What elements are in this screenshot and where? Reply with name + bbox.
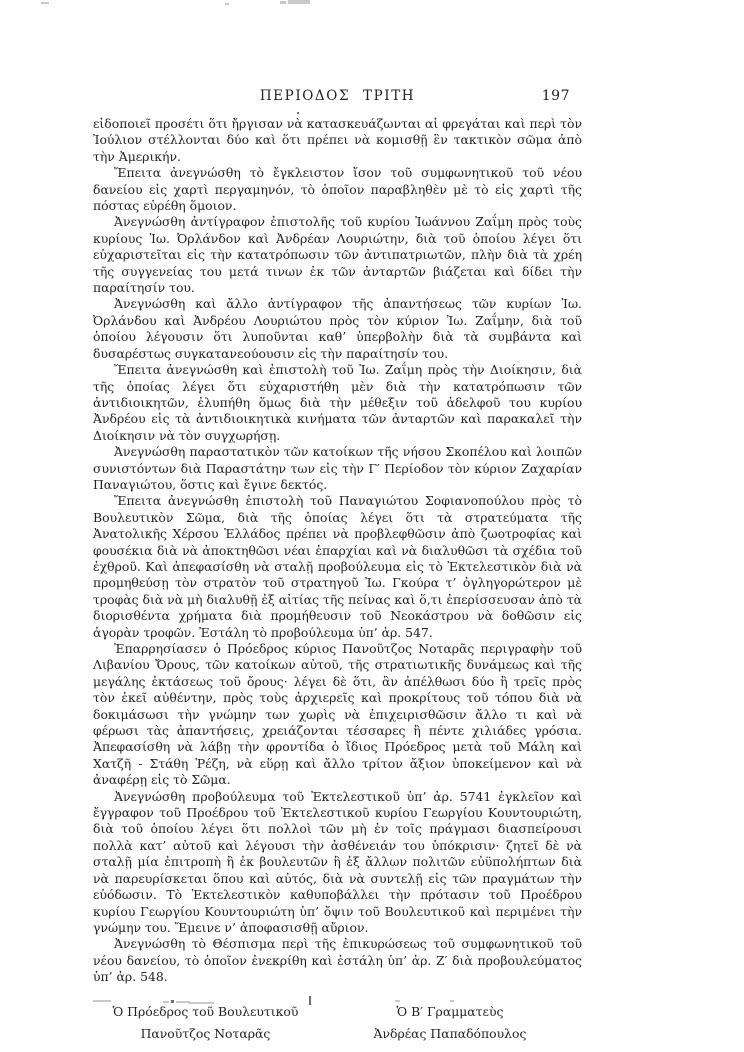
paragraph: Ἀνεγνώσθη προβούλευμα τοῦ Ἐκτελεστικοῦ ὑ… <box>93 789 582 937</box>
page-number: 197 <box>542 88 570 104</box>
scan-artifact <box>297 112 299 114</box>
paragraph: Ἔπειτα ἀνεγνώσθη καὶ ἐπιστολὴ τοῦ Ἰω. Ζα… <box>93 362 582 444</box>
scan-artifact <box>280 1 286 4</box>
scanned-document-page: ΠΕΡΙΟΔΟΣ ΤΡΙΤΗ 197 εἰδοποιεῖ προσέτι ὅτι… <box>0 0 744 1052</box>
signature-block: Ὁ Πρόεδρος τοῦ Βουλευτικοῦ Πανοῦτζος Νοτ… <box>93 1002 582 1044</box>
scan-artifact <box>225 3 229 5</box>
scan-artifact <box>93 1000 111 1002</box>
signature-left-title: Ὁ Πρόεδρος τοῦ Βουλευτικοῦ <box>93 1002 318 1022</box>
paragraph: Ἀνεγνώσθη καὶ ἄλλο ἀντίγραφον τῆς ἀπαντή… <box>93 296 582 362</box>
paragraph: Ἔπειτα ἀνεγνώσθη ἐπιστολὴ τοῦ Παναγιώτου… <box>93 493 582 641</box>
signature-left-name: Πανοῦτζος Νοταρᾶς <box>93 1024 318 1044</box>
scan-artifact <box>41 2 49 4</box>
paragraph: Ἀνεγνώσθη τὸ Θέσπισμα περὶ τῆς ἐπικυρώσε… <box>93 936 582 985</box>
signature-right-name: Ἀνδρέας Παπαδόπουλος <box>318 1024 582 1044</box>
paragraph: εἰδοποιεῖ προσέτι ὅτι ἤργισαν νὰ κατασκε… <box>93 116 582 165</box>
paragraph: Ἐπαρρησίασεν ὁ Πρόεδρος κύριος Πανοῦτζος… <box>93 641 582 789</box>
scan-artifact <box>395 1000 400 1002</box>
paragraph: Ἀνεγνώσθη παραστατικὸν τῶν κατοίκων τῆς … <box>93 444 582 493</box>
scan-artifact <box>171 1000 174 1003</box>
paragraph: Ἔπειτα ἀνεγνώσθη τὸ ἔγκλειστον ἴσον τοῦ … <box>93 165 582 214</box>
scan-artifact <box>309 996 311 1005</box>
paragraph: Ἀνεγνώσθη ἀντίγραφον ἐπιστολῆς τοῦ κυρίο… <box>93 214 582 296</box>
running-header: ΠΕΡΙΟΔΟΣ ΤΡΙΤΗ 197 <box>93 88 582 106</box>
document-body: εἰδοποιεῖ προσέτι ὅτι ἤργισαν νὰ κατασκε… <box>93 116 582 1044</box>
section-title: ΠΕΡΙΟΔΟΣ ΤΡΙΤΗ <box>93 88 582 104</box>
signature-right-title: Ὁ Β′ Γραμματεὺς <box>318 1002 582 1022</box>
scan-artifact <box>163 1001 169 1003</box>
scan-artifact <box>188 1002 214 1004</box>
signature-right: Ὁ Β′ Γραμματεὺς Ἀνδρέας Παπαδόπουλος <box>318 1002 582 1044</box>
scan-artifact <box>288 0 310 4</box>
scan-artifact <box>450 1000 454 1002</box>
signature-left: Ὁ Πρόεδρος τοῦ Βουλευτικοῦ Πανοῦτζος Νοτ… <box>93 1002 318 1044</box>
